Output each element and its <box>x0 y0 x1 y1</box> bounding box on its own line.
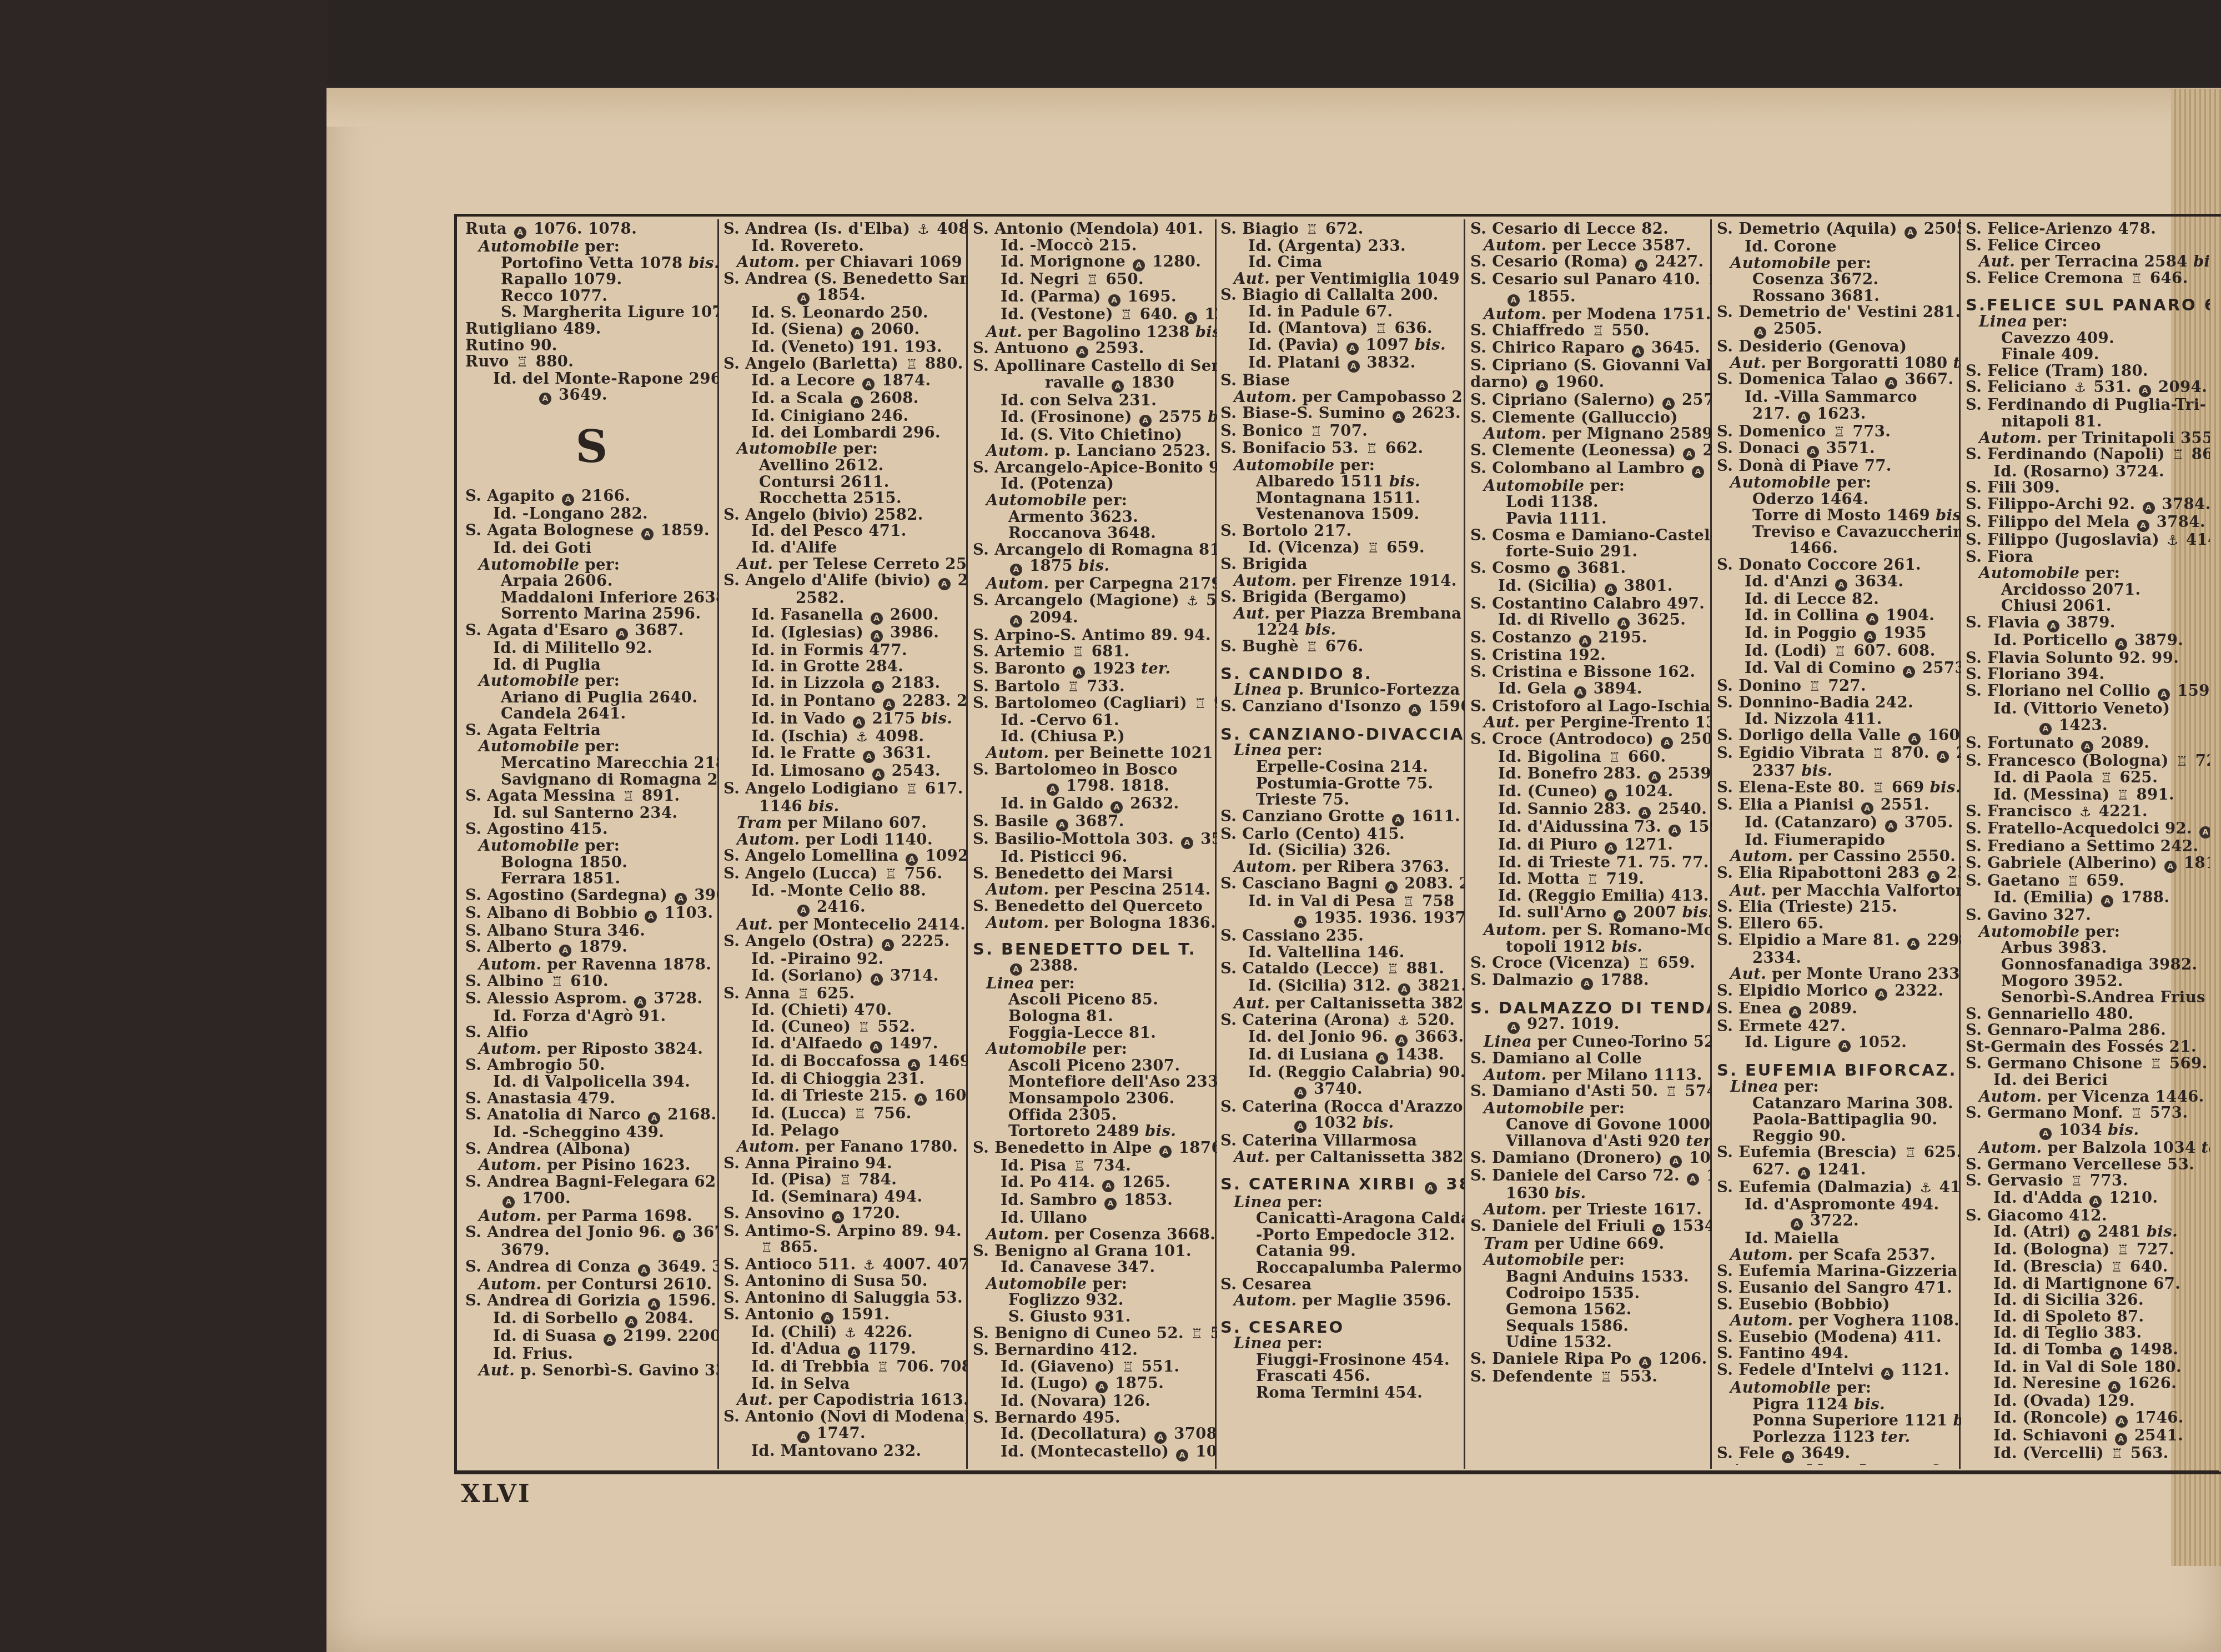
continuation-line: Roccanova 3648. <box>973 525 1217 542</box>
index-subentry: Id. Cima <box>1220 254 1465 271</box>
italic-label: Linea <box>1234 1193 1282 1211</box>
index-subentry: Id. Maiella <box>1717 1231 1961 1247</box>
index-subentry: Id. di Teglio 383. <box>1966 1325 2210 1342</box>
railway-bell-icon: ♖ <box>1592 323 1605 340</box>
auto-bus-icon: A <box>1581 978 1593 990</box>
index-entry: S. Felice Cremona ♖ 646. <box>1966 270 2210 288</box>
italic-label: Autom. <box>1234 858 1297 876</box>
italic-label: bis. <box>2108 1121 2139 1139</box>
station-heading: S. DALMAZZO DI TENDA <box>1470 1000 1712 1017</box>
index-subentry: Id. (Novara) 126. <box>973 1393 1217 1410</box>
connection-note: Linea p. Brunico-Fortezza 68 <box>1220 682 1465 699</box>
index-entry: S. Ermete 427. <box>1717 1018 1961 1035</box>
continuation-line: Offida 2305. <box>973 1107 1217 1124</box>
index-column-7: S. Felice-Arienzo 478.S. Felice CirceoAu… <box>1966 221 2210 1465</box>
index-entry: S. Gavino 327. <box>1966 907 2210 924</box>
italic-label: bis. <box>921 710 952 727</box>
continuation-line: Vestenanova 1509. <box>1220 506 1465 523</box>
continuation-line: -Porto Empedocle 312. <box>1220 1227 1465 1244</box>
continuation-line: Trieste 75. <box>1220 792 1465 809</box>
index-entry: S. Donato Coccore 261. <box>1717 557 1961 574</box>
continuation-line: A 3740. <box>1220 1081 1465 1099</box>
continuation-line: Sorrento Marina 2596. <box>465 606 718 622</box>
italic-label: Autom. <box>986 881 1049 898</box>
italic-label: Autom. <box>737 253 800 271</box>
continuation-line: Chiusi 2061. <box>1966 598 2210 615</box>
index-entry: S. Germano Vercellese 53. <box>1966 1157 2210 1173</box>
continuation-line: Bologna 1850. <box>465 855 718 871</box>
auto-bus-icon: A <box>559 945 571 957</box>
index-column-3: S. Antonio (Mendola) 401.Id. -Moccò 215.… <box>973 221 1217 1465</box>
index-entry: S. Egidio Vibrata ♖ 870. A 2337 <box>1717 745 1961 763</box>
auto-bus-icon: A <box>1635 259 1647 272</box>
continuation-line: Ponna Superiore 1121 bis. <box>1717 1413 1961 1429</box>
index-entry: S. Anatolia di Narco A 2168. <box>465 1107 718 1124</box>
auto-bus-icon: A <box>2158 689 2170 701</box>
index-entry: S. Eufemia (Dalmazia) ⚓ 4145. <box>1717 1179 1961 1197</box>
index-subentry: Id. (Emilia) A 1788. <box>1966 890 2210 907</box>
connection-note: Autom. per Modena 1751. <box>1470 307 1712 323</box>
connection-note: Aut. per Caltanissetta 3820. <box>1220 996 1465 1012</box>
italic-label: bis. <box>1145 1122 1176 1140</box>
index-entry: S. Cesarea <box>1220 1277 1465 1293</box>
auto-bus-icon: A <box>1010 963 1022 976</box>
index-entry: S. Agostino (Sardegna) A 3965. <box>465 887 718 905</box>
auto-bus-icon: A <box>1096 1381 1108 1393</box>
continuation-line: Canove di Govone 1000 bis. <box>1470 1117 1712 1133</box>
italic-label: bis. <box>2147 1223 2178 1241</box>
index-entry: S. Bonifacio 53. ♖ 662. <box>1220 440 1465 458</box>
auto-bus-icon: A <box>1662 398 1675 410</box>
auto-bus-icon: A <box>1579 635 1591 647</box>
italic-label: Tram <box>1484 1235 1529 1253</box>
auto-bus-icon: A <box>2143 502 2155 514</box>
connection-note: Automobile per: <box>1470 478 1712 495</box>
railway-bell-icon: ♖ <box>1367 540 1379 557</box>
connection-note: Aut. per Caltanissetta 3825. <box>1220 1149 1465 1166</box>
index-entry: S. Artemio ♖ 681. <box>973 644 1217 661</box>
index-entry: S. Clemente (Galluccio) <box>1470 410 1712 426</box>
italic-label: Autom. <box>986 744 1049 762</box>
index-entry: S. Enea A 2089. <box>1717 1001 1961 1018</box>
index-subentry: Id. d'Aidussina 73. A 1593. <box>1470 819 1712 837</box>
continuation-line: Postumia-Grotte 75. <box>1220 776 1465 792</box>
railway-bell-icon: ♖ <box>1072 644 1084 661</box>
index-column-5: S. Cesario di Lecce 82.Autom. per Lecce … <box>1470 221 1712 1465</box>
auto-bus-icon: A <box>503 1196 515 1208</box>
continuation-line: Arcidosso 2071. <box>1966 582 2210 599</box>
railway-bell-icon: ♖ <box>1403 894 1415 911</box>
connection-note: Autom. per Carpegna 2179. <box>973 576 1217 592</box>
index-entry: S. Antonio A 1591. <box>723 1307 968 1324</box>
index-subentry: Id. Val di Comino A 2573 <box>1717 660 1961 678</box>
continuation-line: Finale 409. <box>1966 347 2210 363</box>
auto-bus-icon: A <box>1789 1006 1801 1018</box>
index-entry: S. Antioco 511. ⚓ 4007. 4072. <box>723 1257 968 1274</box>
ship-icon: ⚓ <box>2074 380 2087 396</box>
index-entry: S. Agata d'Esaro A 3687. <box>465 622 718 640</box>
index-subentry: Id. Corone <box>1717 239 1961 255</box>
continuation-line: Contursi 2611. <box>723 474 968 491</box>
index-entry: S. Fantino 494. <box>1717 1345 1961 1362</box>
auto-bus-icon: A <box>604 1334 616 1346</box>
index-entry: S. Cosma e Damiano-Castel- <box>1470 528 1712 544</box>
auto-bus-icon: A <box>1392 814 1404 826</box>
index-subentry: Id. di Suasa A 2199. 2200 <box>465 1328 718 1346</box>
italic-label: Autom. <box>1730 1246 1793 1264</box>
railway-bell-icon: ♖ <box>761 1240 773 1257</box>
auto-bus-icon: A <box>2115 638 2127 650</box>
italic-label: Automobile <box>986 1040 1087 1058</box>
connection-note: Aut. p. Senorbì-S. Gavino 3377. <box>465 1363 718 1379</box>
continuation-line: Udine 1532. <box>1470 1334 1712 1351</box>
index-subentry: Id. (Vestone) ♖ 640. A 1238 <box>973 307 1217 324</box>
connection-note: Automobile per: <box>1717 475 1961 491</box>
railway-bell-icon: ♖ <box>1122 1359 1134 1376</box>
index-subentry: Id. (Siena) A 2060. <box>723 322 968 339</box>
railway-bell-icon: ♖ <box>1306 639 1318 656</box>
auto-bus-icon: A <box>1139 415 1152 427</box>
railway-bell-icon: ♖ <box>854 1106 866 1123</box>
index-entry: S. Biagio ♖ 672. <box>1220 221 1465 238</box>
index-entry: S. Feliciano ⚓ 531. A 2094. <box>1966 379 2210 397</box>
connection-note: Autom. per Ravenna 1878. <box>465 957 718 973</box>
index-entry: S. Ambrogio 50. <box>465 1057 718 1074</box>
index-entry: S. Gervasio ♖ 773. <box>1966 1173 2210 1190</box>
auto-bus-icon: A <box>1617 617 1630 630</box>
auto-bus-icon: A <box>648 1112 660 1124</box>
continuation-line: ♖ 865. <box>723 1239 968 1257</box>
index-entry: S. Fili 309. <box>1966 480 2210 496</box>
railway-bell-icon: ♖ <box>1310 424 1323 440</box>
connection-note: Autom. per Parma 1698. <box>465 1208 718 1225</box>
index-entry: S. Giacomo 412. <box>1966 1208 2210 1224</box>
index-entry: S. Francesco (Bologna) ♖ 722. <box>1966 753 2210 770</box>
index-entry: S. Andrea (S. Benedetto Sambro) <box>723 271 968 288</box>
index-entry: S. Benedetto in Alpe A 1876. <box>973 1140 1217 1158</box>
continuation-line: Cosenza 3672. <box>1717 272 1961 288</box>
index-entry: S. Apollinare Castello di Ser- <box>973 358 1217 375</box>
ship-icon: ⚓ <box>917 222 929 238</box>
index-subentry: Id. (Lugo) A 1875. <box>973 1375 1217 1393</box>
auto-bus-icon: A <box>1047 784 1059 796</box>
connection-note: Linea per: <box>973 976 1217 992</box>
auto-bus-icon: A <box>1395 1035 1408 1047</box>
index-entry: S. Brigida (Bergamo) <box>1220 589 1465 606</box>
station-heading: S. CANDIDO 8. <box>1220 666 1465 682</box>
index-entry: S. Donino ♖ 727. <box>1717 678 1961 695</box>
index-entry: S. Angelo (Ostra) A 2225. <box>723 933 968 951</box>
auto-bus-icon: A <box>1754 327 1766 339</box>
continuation-line: Mercatino Marecchia 2185. <box>465 755 718 772</box>
auto-bus-icon: A <box>1294 916 1307 928</box>
continuation-line: A 1854. <box>723 287 968 305</box>
index-subentry: Id. (Roncole) A 1746. <box>1966 1410 2210 1428</box>
italic-label: Linea <box>1234 681 1282 699</box>
auto-bus-icon: A <box>871 612 883 625</box>
railway-bell-icon: ♖ <box>2150 1056 2162 1073</box>
connection-note: Automobile per: <box>1470 1101 1712 1117</box>
auto-bus-icon: A <box>1908 733 1921 745</box>
index-entry: S. Casciano Bagni A 2083. 2359. <box>1220 876 1465 893</box>
auto-bus-icon: A <box>514 227 526 239</box>
continuation-line: Armento 3623. <box>973 509 1217 526</box>
index-column-4: S. Biagio ♖ 672.Id. (Argenta) 233.Id. Ci… <box>1220 221 1465 1465</box>
index-entry: S. Gennariello 480. <box>1966 1006 2210 1023</box>
auto-bus-icon: A <box>1791 1218 1803 1231</box>
italic-label: Automobile <box>1484 477 1584 495</box>
index-subentry: Id. (Cuneo) ♖ 552. <box>723 1019 968 1036</box>
railway-bell-icon: ♖ <box>2117 787 2129 804</box>
connection-note: Autom. per Bologna 1836. <box>973 915 1217 932</box>
italic-label: Aut. <box>737 916 773 933</box>
connection-note: Aut. per Telese Cerreto 2581. <box>723 556 968 573</box>
index-entry: S. Anna Piraino 94. <box>723 1156 968 1172</box>
auto-bus-icon: A <box>648 1298 660 1310</box>
auto-bus-icon: A <box>863 751 875 763</box>
index-entry: S. Angelo Lodigiano ♖ 617. A 1107. <box>723 781 968 799</box>
auto-bus-icon: A <box>2089 1196 2102 1208</box>
station-heading: S. CANZIANO-DIVACCIA <box>1220 726 1465 743</box>
auto-bus-icon: A <box>1056 819 1068 831</box>
italic-label: Autom. <box>1979 429 2042 447</box>
index-entry: S. Albino ♖ 610. <box>465 973 718 991</box>
index-entry: S. Bartolomeo in Bosco <box>973 762 1217 779</box>
italic-label: Autom. <box>986 914 1049 932</box>
index-subentry: Id. (Catanzaro) A 3705. <box>1717 815 1961 832</box>
railway-bell-icon: ♖ <box>2101 770 2113 787</box>
index-entry: S. Cataldo (Lecce) ♖ 881. <box>1220 961 1465 978</box>
index-entry: S. Antonio (Mendola) 401. <box>973 221 1217 238</box>
continuation-line: A 3649. <box>465 387 718 405</box>
italic-label: Autom. <box>1484 305 1546 323</box>
index-entry: S. Floriano 394. <box>1966 666 2210 683</box>
index-entry: S. Angelo (Lucca) ♖ 756. <box>723 866 968 883</box>
index-entry: S. Dalmazio A 1788. <box>1470 972 1712 990</box>
railway-bell-icon: ♖ <box>2111 1446 2123 1463</box>
italic-label: Automobile <box>479 837 579 855</box>
index-entry: S. Eufemia Marina-Gizzeria 90 <box>1717 1263 1961 1280</box>
railway-bell-icon: ♖ <box>1609 750 1621 766</box>
index-entry: S. Donà di Piave 77. <box>1717 458 1961 475</box>
continuation-line: A 2416. <box>723 899 968 917</box>
italic-label: Autom. <box>1979 1139 2042 1157</box>
auto-bus-icon: A <box>2047 620 2059 632</box>
index-subentry: Id. le Fratte A 3631. <box>723 745 968 763</box>
ship-icon: ⚓ <box>845 1325 857 1342</box>
auto-bus-icon: A <box>1110 801 1123 814</box>
auto-bus-icon: A <box>1649 771 1661 784</box>
connection-note: Autom. per Voghera 1108. <box>1717 1313 1961 1329</box>
railway-bell-icon: ♖ <box>906 356 918 373</box>
auto-bus-icon: A <box>853 716 865 729</box>
continuation-line: A 1935. 1936. 1937. <box>1220 910 1465 928</box>
auto-bus-icon: A <box>914 1093 927 1106</box>
section-letter: S <box>465 405 718 488</box>
connection-note: Autom. per Ribera 3763. <box>1220 859 1465 876</box>
index-subentry: Id. (Argenta) 233. <box>1220 238 1465 255</box>
auto-bus-icon: A <box>2101 895 2113 907</box>
index-entry: S. Chirico Raparo A 3645. <box>1470 340 1712 358</box>
connection-note: Autom. per Firenze 1914. <box>1220 573 1465 590</box>
continuation-line: Mogoro 3952. <box>1966 973 2210 990</box>
auto-bus-icon: A <box>1104 1198 1117 1210</box>
italic-label: Autom. <box>986 575 1049 592</box>
index-entry: S. Cassiano 235. <box>1220 928 1465 945</box>
index-subentry: Id. del Jonio 96. A 3663. <box>1220 1029 1465 1047</box>
index-subentry: Id. d'Adua A 1179. <box>723 1341 968 1359</box>
index-subentry: Id. (Parma) A 1695. <box>973 289 1217 307</box>
index-entry: S. Canziano Grotte A 1611. 1632. <box>1220 809 1465 826</box>
continuation-line: Avellino 2612. <box>723 458 968 474</box>
index-subentry: Id. (Ischia) ⚓ 4098. <box>723 729 968 746</box>
index-entry: S. Domenico ♖ 773. <box>1717 424 1961 441</box>
auto-bus-icon: A <box>1861 802 1873 815</box>
continuation-line: A 2094. <box>973 610 1217 627</box>
railway-bell-icon: ♖ <box>1872 746 1884 762</box>
index-column-1: Ruta A 1076. 1078.Automobile per:Portofi… <box>465 221 718 1465</box>
railway-bell-icon: ♖ <box>1809 679 1821 695</box>
index-subentry: Id. Negri ♖ 650. <box>973 272 1217 289</box>
continuation-line: Gemona 1562. <box>1470 1302 1712 1318</box>
index-subentry: Id. Schiavoni A 2541. <box>1966 1428 2210 1445</box>
auto-bus-icon: A <box>1639 1357 1651 1369</box>
index-entry: S. Floriano nel Collio A 1595. <box>1966 683 2210 701</box>
continuation-line: Treviso e Cavazuccherina <box>1717 524 1961 541</box>
italic-label: Autom. <box>1484 425 1546 443</box>
italic-label: Automobile <box>1484 1251 1584 1269</box>
connection-note: Autom. per Scafa 2537. <box>1717 1247 1961 1264</box>
auto-bus-icon: A <box>616 628 628 640</box>
index-entry: S. Colombano al Lambro A 1164 <box>1470 460 1712 478</box>
index-entry: S. Anastasia 479. <box>465 1091 718 1107</box>
index-subentry: Id. (Giaveno) ♖ 551. <box>973 1359 1217 1376</box>
connection-note: Aut. per Piazza Brembana <box>1220 606 1465 622</box>
continuation-line: Montefiore dell'Aso 2332. <box>973 1074 1217 1091</box>
auto-bus-icon: A <box>638 1264 650 1277</box>
connection-note: Automobile per: <box>465 838 718 855</box>
auto-bus-icon: A <box>1108 294 1120 307</box>
auto-bus-icon: A <box>1605 584 1617 596</box>
connection-note: Automobile per: <box>465 739 718 755</box>
frame-double-rule <box>454 1470 2219 1472</box>
index-entry: S. Eusanio del Sangro 471. <box>1717 1280 1961 1297</box>
auto-bus-icon: A <box>908 1059 920 1071</box>
index-entry: S. Bortolo 217. <box>1220 523 1465 540</box>
index-entry: S. Arcangelo di Romagna 81. <box>973 542 1217 559</box>
ship-icon: ⚓ <box>1187 593 1199 610</box>
continuation-line: Maddaloni Inferiore 2638. <box>465 590 718 606</box>
index-entry: S. Caterina Villarmosa <box>1220 1133 1465 1149</box>
auto-bus-icon: A <box>797 905 810 917</box>
auto-bus-icon: A <box>1176 1449 1188 1462</box>
auto-bus-icon: A <box>848 1347 860 1359</box>
index-entry: S. Eusebio (Bobbio) <box>1717 1297 1961 1313</box>
connection-note: Linea per Cuneo-Torino 52. <box>1470 1034 1712 1051</box>
index-entry: S. Angelo Lomellina A 1092 bis <box>723 848 968 866</box>
italic-label: bis. <box>2193 253 2210 270</box>
index-entry: S. Desiderio (Genova) <box>1717 339 1961 355</box>
italic-label: Automobile <box>1730 254 1831 272</box>
connection-note: Autom. per Contursi 2610. <box>465 1277 718 1293</box>
auto-bus-icon: A <box>641 528 654 540</box>
auto-bus-icon: A <box>1885 820 1897 832</box>
index-subentry: Id. (Chiusa P.) <box>973 729 1217 745</box>
index-entry: S. Arcangelo-Apice-Bonito 94. <box>973 460 1217 476</box>
station-heading: S.FELICE SUL PANARO 67 <box>1966 297 2210 314</box>
index-entry: S. Elia Ripabottoni 283 A 2538 bis. <box>1717 865 1961 883</box>
index-subentry: Id. -Monte Celio 88. <box>723 883 968 900</box>
connection-note: Autom. per Campobasso 2543. <box>1220 389 1465 406</box>
italic-label: Aut. <box>1484 714 1520 731</box>
index-subentry: Id. (Decollatura) A 3708 <box>973 1426 1217 1444</box>
index-subentry: Id. in Formis 477. <box>723 642 968 659</box>
index-subentry: Id. in Collina A 1904. <box>1717 607 1961 625</box>
italic-label: ter. <box>2201 1139 2210 1157</box>
index-subentry: Id. -Piraino 92. <box>723 951 968 968</box>
index-subentry: Id. (Soriano) A 3714. <box>723 968 968 986</box>
index-subentry: Id. d'Alfaedo A 1497. <box>723 1036 968 1053</box>
connection-note: Automobile per: <box>1966 924 2210 941</box>
railway-bell-icon: ♖ <box>1872 780 1885 797</box>
index-entry: S. Dorligo della Valle A 1601. <box>1717 727 1961 745</box>
railway-bell-icon: ♖ <box>1306 222 1318 238</box>
continuation-line: A 927. 1019. <box>1470 1016 1712 1034</box>
connection-note: Aut. per Ventimiglia 1049 ter <box>1220 271 1465 288</box>
italic-label: Automobile <box>479 672 579 690</box>
auto-bus-icon: A <box>872 681 884 693</box>
index-entry: S. Daniele del Carso 72. A 1630. <box>1470 1168 1712 1186</box>
auto-bus-icon: A <box>675 893 687 905</box>
connection-note: Autom. per Cosenza 3668. <box>973 1227 1217 1243</box>
continuation-line: Portofino Vetta 1078 bis. <box>465 255 718 272</box>
index-entry: S. Elia a Pianisi A 2551. <box>1717 797 1961 815</box>
auto-bus-icon: A <box>1133 259 1145 272</box>
continuation-line: Ascoli Piceno 2307. <box>973 1058 1217 1074</box>
index-entry: S. Filippo del Mela A 3784. <box>1966 514 2210 532</box>
index-subentry: Id. (Montecastello) A 1031. <box>973 1444 1217 1462</box>
index-entry: S. Andrea (Albona) <box>465 1141 718 1158</box>
index-entry: S. Agata Feltria <box>465 722 718 739</box>
continuation-line: Reggio 90. <box>1717 1128 1961 1145</box>
auto-bus-icon: A <box>2199 826 2210 838</box>
auto-bus-icon: A <box>1670 1156 1682 1168</box>
auto-bus-icon: A <box>625 1316 637 1328</box>
index-subentry: Id. (Potenza) <box>973 476 1217 493</box>
index-subentry: Id. di Puglia <box>465 657 718 674</box>
index-entry: S. Chiaffredo ♖ 550. <box>1470 323 1712 340</box>
index-subentry: Id. -Scheggino 439. <box>465 1124 718 1141</box>
index-entry: S. Demetrio (Aquila) A 2505 <box>1717 221 1961 239</box>
page-top-edge <box>326 88 2221 127</box>
auto-bus-icon: A <box>1669 825 1681 837</box>
index-subentry: Id. Fiumerapido <box>1717 832 1961 849</box>
index-subentry: Id. d'Adda A 1210. <box>1966 1190 2210 1208</box>
railway-bell-icon: ♖ <box>840 1172 852 1189</box>
railway-bell-icon: ♖ <box>2117 1242 2129 1259</box>
italic-label: bis. <box>689 254 718 272</box>
auto-bus-icon: A <box>851 327 863 339</box>
index-subentry: Id. in Selva <box>723 1376 968 1393</box>
index-entry: S. Albano di Bobbio A 1103. <box>465 905 718 923</box>
index-subentry: Id. (Veneto) 191. 193. <box>723 339 968 356</box>
italic-label: Aut. <box>1979 253 2015 270</box>
index-entry: S. Antonino di Saluggia 53. <box>723 1290 968 1307</box>
continuation-line: Albaredo 1511 bis. <box>1220 474 1465 490</box>
connection-note: Autom. per S. Romano-Mon- <box>1470 922 1712 939</box>
index-subentry: Id. sull'Arno A 2007 bis. <box>1470 905 1712 922</box>
index-subentry: Id. Morignone A 1280. <box>973 254 1217 272</box>
